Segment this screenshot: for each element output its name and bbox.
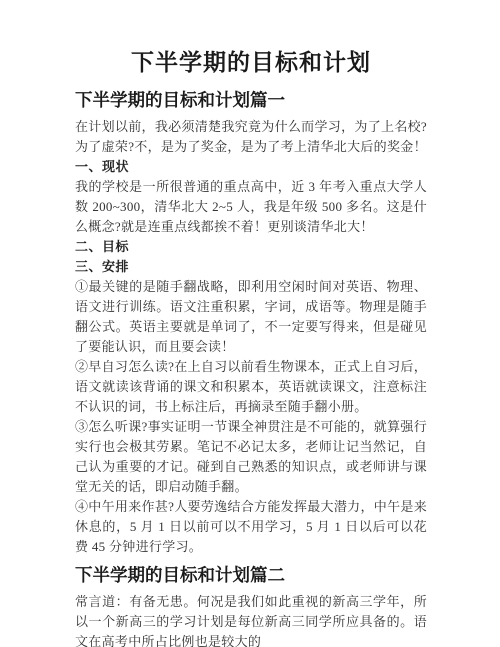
paragraph-arrangement-4: ④中午用来作甚?人要劳逸结合方能发挥最大潜力，中午是来休息的，5 月 1 日以前… <box>75 497 427 557</box>
paragraph-arrangement-2: ②早自习怎么读?在上自习以前看生物课本，正式上自习后，语文就读该背诵的课文和积累… <box>75 357 427 417</box>
paragraph-intro: 在计划以前，我必须清楚我究竟为什么而学习，为了上名校?为了虚荣?不，是为了奖金，… <box>75 117 427 157</box>
section-part-one: 下半学期的目标和计划篇一 在计划以前，我必须清楚我究竟为什么而学习，为了上名校?… <box>75 89 427 557</box>
sub-heading-status: 一、现状 <box>75 157 427 177</box>
section-part-one-heading: 下半学期的目标和计划篇一 <box>75 89 427 112</box>
document-title: 下半学期的目标和计划 <box>75 46 427 80</box>
paragraph-arrangement-3: ③怎么听课?事实证明一节课全神贯注是不可能的，就算强行实行也会极其劳累。笔记不必… <box>75 417 427 497</box>
paragraph-arrangement-1: ①最关键的是随手翻战略，即利用空闲时间对英语、物理、语文进行训练。语文注重积累，… <box>75 277 427 357</box>
paragraph-part-two-intro: 常言道：有备无患。何况是我们如此重视的新高三学年，所以一个新高三的学习计划是每位… <box>75 592 427 647</box>
sub-heading-goal: 二、目标 <box>75 237 427 257</box>
sub-heading-arrangement: 三、安排 <box>75 257 427 277</box>
section-part-two: 下半学期的目标和计划篇二 常言道：有备无患。何况是我们如此重视的新高三学年，所以… <box>75 564 427 647</box>
paragraph-status: 我的学校是一所很普通的重点高中，近 3 年考入重点大学人数 200~300，清华… <box>75 177 427 237</box>
section-part-two-heading: 下半学期的目标和计划篇二 <box>75 564 427 587</box>
document-page: 下半学期的目标和计划 下半学期的目标和计划篇一 在计划以前，我必须清楚我究竟为什… <box>0 0 500 647</box>
